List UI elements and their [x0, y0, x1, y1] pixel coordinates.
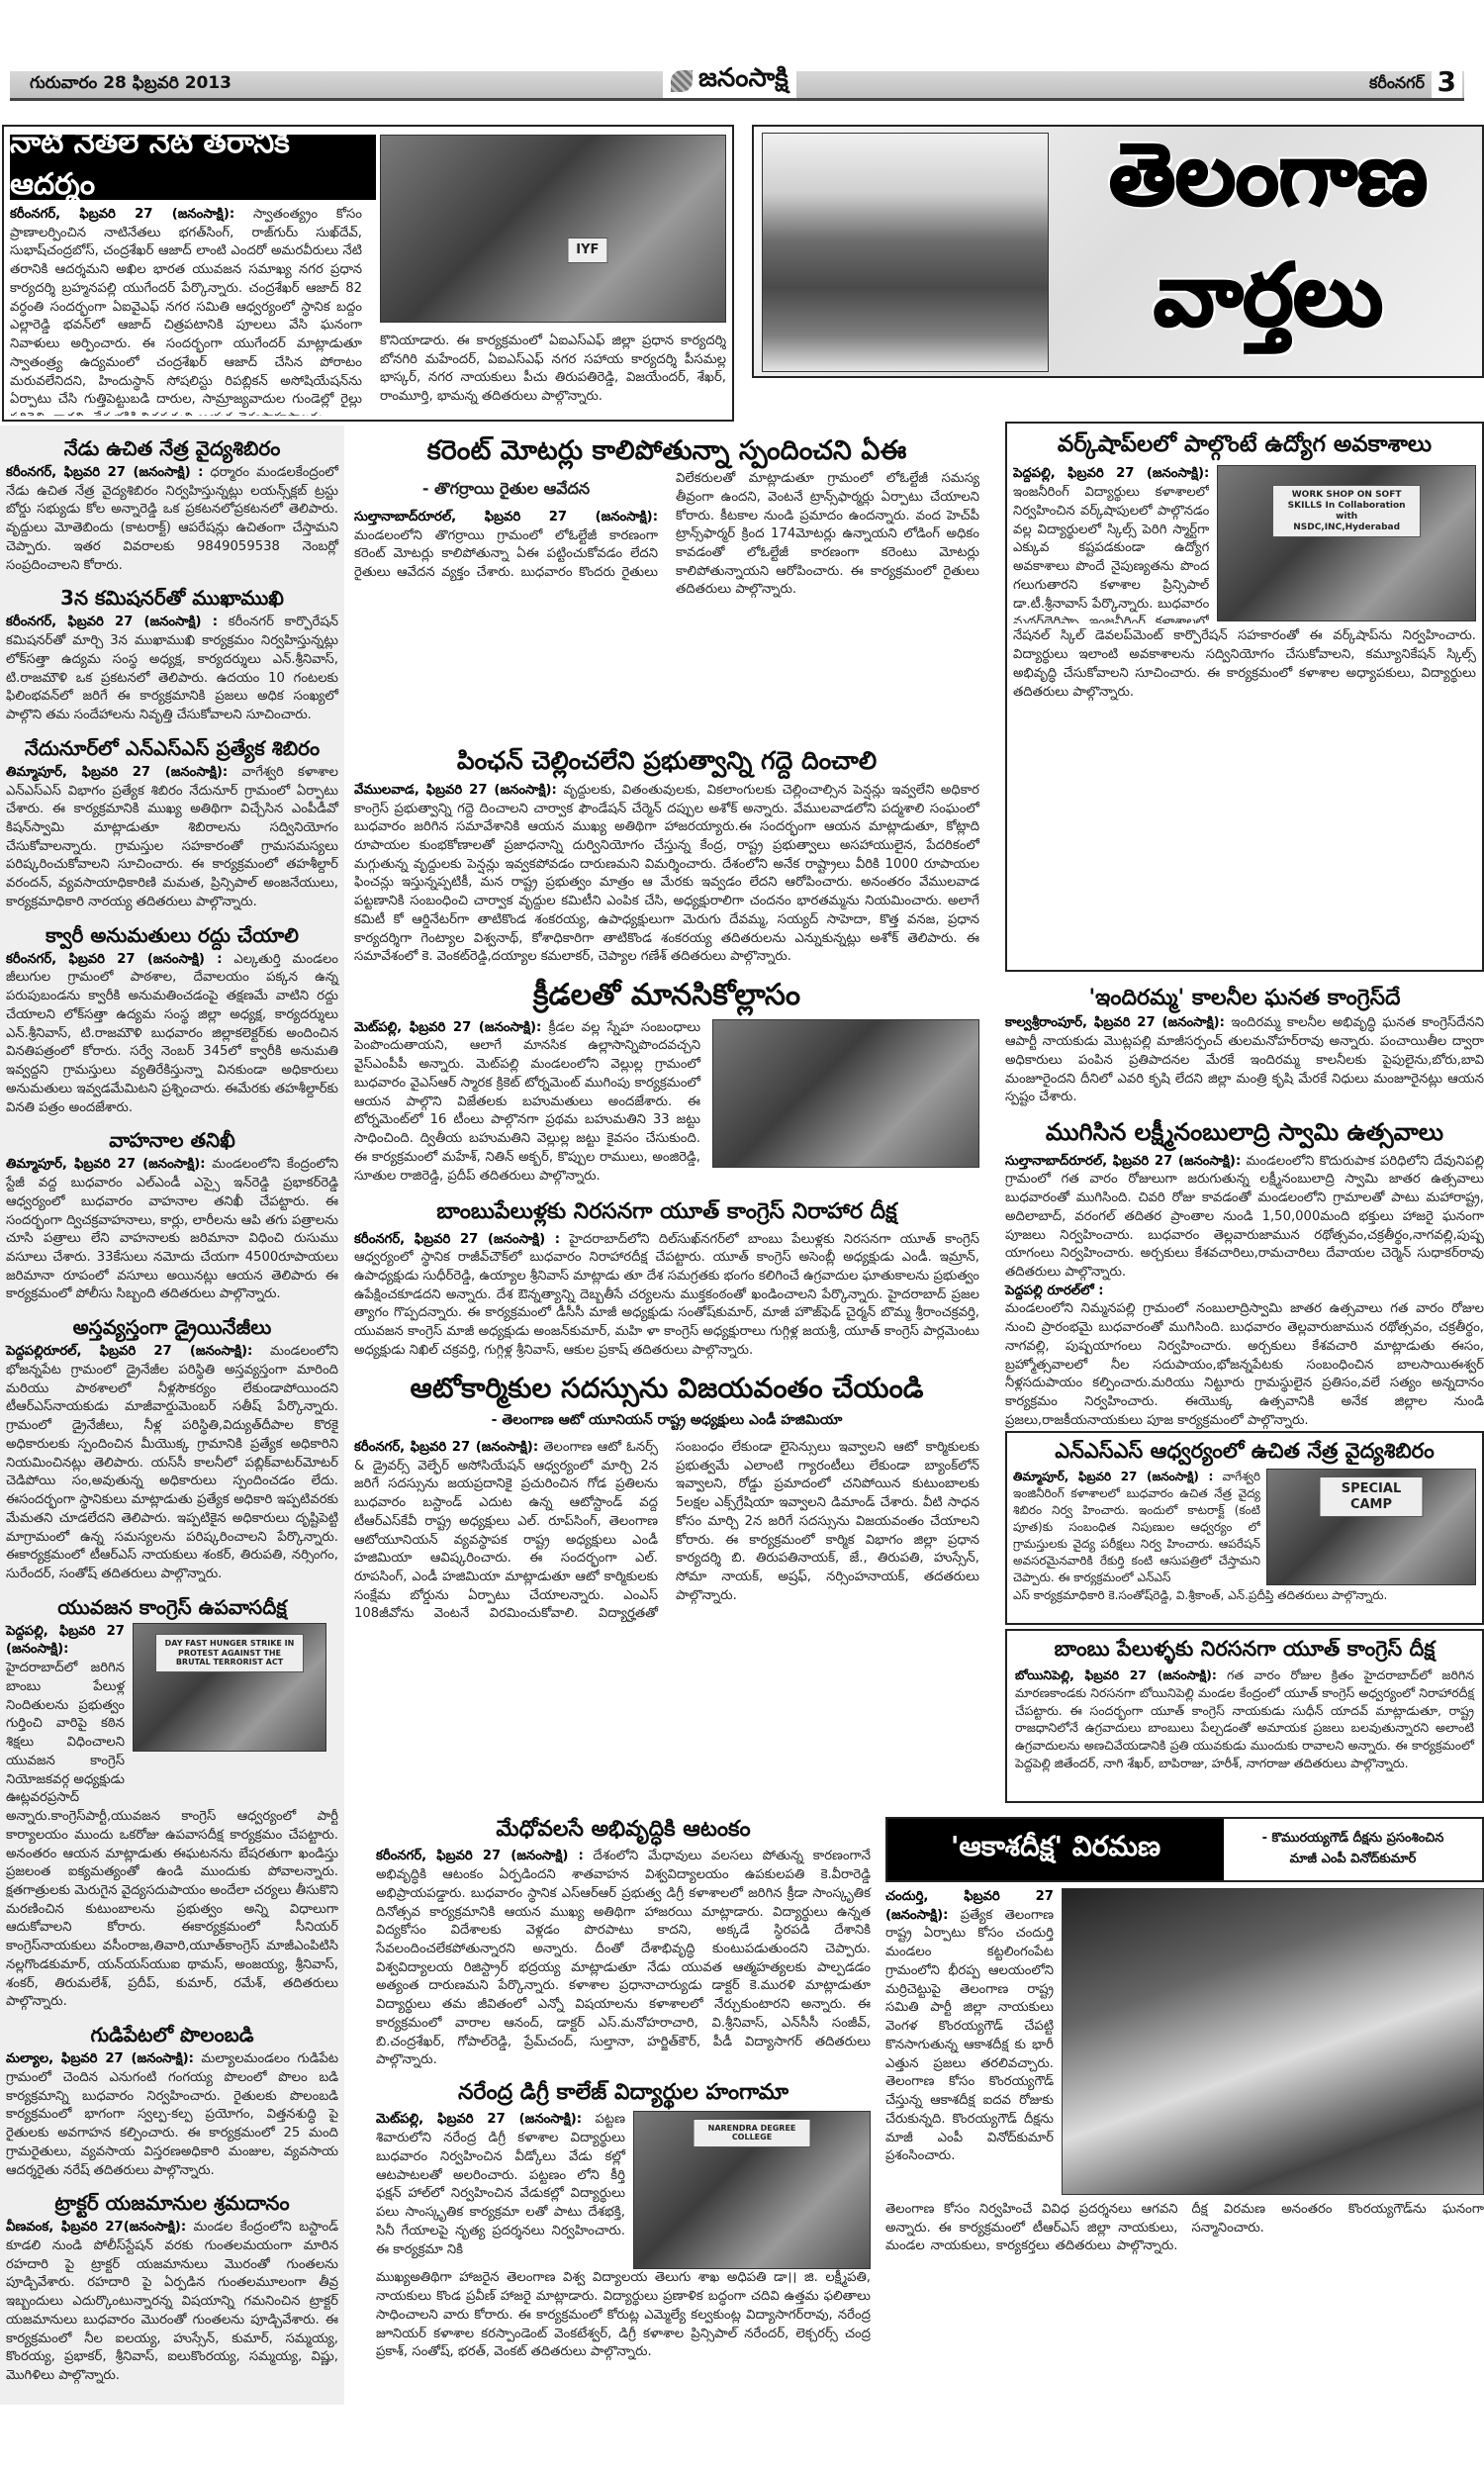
article-current-motors: - తొగర్రాయి రైతుల ఆవేదన సుల్తానాబాద్‌రూర…	[354, 470, 979, 737]
headline: నాటి నేతలే నేటి తరానికి ఆదర్శం	[10, 126, 376, 209]
article-polambadi: మల్యాల, ఫిబ్రవరి 27 (జనంసాక్షి): మల్యాలమ…	[6, 2050, 338, 2180]
section-name: కరీంనగర్	[1369, 73, 1425, 96]
soft-skills-workshop-photo: WORK SHOP ON SOFT SKILLS In Collaboratio…	[1217, 465, 1476, 621]
hunger-strike-photo: DAY FAST HUNGER STRIKE IN PROTEST AGAINS…	[133, 1623, 326, 1752]
masthead: గురువారం 28 ఫిబ్రవరి 2013 జనంసాక్షి కరీం…	[0, 63, 1484, 109]
dateline: కరీంనగర్, ఫిబ్రవరి 27 (జనంసాక్షి):	[10, 207, 234, 222]
article-nambulaadri: సుల్తానాబాద్‌రూరల్, ఫిబ్రవరి 27 (జనంసాక్…	[1005, 1153, 1484, 1431]
headline: ఎన్‌ఎస్‌ఎస్ ఆధ్వర్యంలో ఉచిత నేత్ర వైద్యశ…	[1007, 1439, 1482, 1463]
headline: బాంబుపేలుళ్లకు నిరసనగా యూత్ కాంగ్రెస్ ని…	[354, 1199, 979, 1224]
article-yuvajana-deeksha: పెద్దపల్లి, ఫిబ్రవరి 27 (జనంసాక్షి): హైద…	[6, 1623, 338, 2012]
headline: 3న కమిషనర్‌తో ముఖాముఖి	[6, 587, 338, 610]
logo-leaf-icon	[671, 70, 693, 92]
golconda-fort-photo	[762, 133, 1049, 372]
headline: గుడిపేటలో పొలంబడి	[6, 2024, 338, 2046]
banner-title-line1: తెలంగాణ	[1061, 131, 1476, 220]
headline-banner: 'ఆకాశదీక్ష' విరమణ	[887, 1819, 1224, 1880]
article-indiramma: కాల్వశ్రీరాంపూర్, ఫిబ్రవరి 27 (జనంసాక్షి…	[1005, 1014, 1484, 1107]
newspaper-logo: జనంసాక్షి	[663, 63, 796, 101]
headline-banner: నాటి నేతలే నేటి తరానికి ఆదర్శం	[10, 135, 376, 200]
article-netra-shibiram: కరీంనగర్, ఫిబ్రవరి 27 (జనంసాక్షి) : ధర్మ…	[6, 464, 338, 575]
article-commissioner: కరీంనగర్, ఫిబ్రవరి 27 (జనంసాక్షి) : కరీం…	[6, 614, 338, 724]
article-tractor: వీణవంక, ఫిబ్రవరి 27(జనంసాక్షి): మండల కేం…	[6, 2219, 338, 2386]
headline: కరెంట్ మోటర్లు కాలిపోతున్నా స్పందించని ఏ…	[354, 435, 979, 466]
headline: ముగిసిన లక్ష్మీనంబులాద్రి స్వామి ఉత్సవాల…	[1005, 1119, 1484, 1147]
article-sports: మెట్‌పల్లి, ఫిబ్రవరి 27 (జనంసాక్షి): క్ర…	[354, 1019, 979, 1187]
article-body-continued: కొనియాడారు. ఈ కార్యక్రమంలో ఏఐఎస్‌ఎఫ్ జిల…	[380, 333, 726, 418]
article-akasha-deeksha: 'ఆకాశదీక్ష' విరమణ - కొమురయ్యగౌడ్ దీక్షను…	[885, 1817, 1484, 2256]
article-bomb-blast-youth: కరీంనగర్, ఫిబ్రవరి 27 (జనంసాక్షి) : హైదర…	[354, 1231, 979, 1361]
article-narendra-college: మెట్‌పల్లి, ఫిబ్రవరి 27 (జనంసాక్షి): పట్…	[376, 2111, 871, 2362]
cricket-prize-photo	[712, 1019, 979, 1168]
side-note: - కొమురయ్యగౌడ్ దీక్షను ప్రసంశించిన	[1262, 1829, 1444, 1850]
side-note: మాజీ ఎంపీ వినోద్‌కుమార్	[1290, 1850, 1417, 1870]
headline: మేధోవలసే అభివృద్ధికి ఆటంకం	[376, 1817, 871, 1842]
subheadline: - తెలంగాణ ఆటో యూనియన్ రాష్ట్ర అధ్యక్షులు…	[354, 1412, 979, 1431]
article-quarry: కరీంనగర్, ఫిబ్రవరి 27 (జనంసాక్షి) : ఎల్క…	[6, 951, 338, 1118]
headline: ట్రాక్టర్ యజమానుల శ్రమదానం	[6, 2192, 338, 2215]
students-dance-photo: NARENDRA DEGREE COLLEGE	[633, 2111, 871, 2269]
page-number: 3	[1432, 65, 1462, 98]
eye-camp-photo: SPECIAL CAMP	[1266, 1469, 1476, 1585]
headline: 'ఇందిరమ్మ' కాలనీల ఘనత కాంగ్రెస్‌దే	[1005, 986, 1484, 1010]
center-column: కరెంట్ మోటర్లు కాలిపోతున్నా స్పందించని ఏ…	[354, 426, 979, 1624]
headline: వర్క్‌షాప్‌లలో పాల్గొంటే ఉద్యోగ అవకాశాలు	[1007, 431, 1482, 457]
article-workshop: వర్క్‌షాప్‌లలో పాల్గొంటే ఉద్యోగ అవకాశాలు…	[1005, 422, 1484, 972]
article-nss-camp: తిమ్మాపూర్, ఫిబ్రవరి 27 (జనంసాక్షి): వాగ…	[6, 764, 338, 912]
article-drainage: పెద్దపల్లిరూరల్, ఫిబ్రవరి 27 (జనంసాక్షి)…	[6, 1343, 338, 1584]
left-column: నేడు ఉచిత నేత్ర వైద్యశిబిరం కరీంనగర్, ఫి…	[0, 426, 344, 2405]
article-bomb-blast-boinpally: బాంబు పేలుళ్ళకు నిరసనగా యూత్ కాంగ్రెస్ ద…	[1005, 1629, 1484, 1803]
article-nati-nethale: నాటి నేతలే నేటి తరానికి ఆదర్శం కరీంనగర్,…	[2, 125, 734, 422]
headline: యువజన కాంగ్రెస్ ఉపవాసదీక్ష	[6, 1596, 338, 1619]
headline: క్వారీ అనుమతులు రద్దు చేయాలి	[6, 924, 338, 947]
article-auto-workers: కరీంనగర్, ఫిబ్రవరి 27 (జనంసాక్షి): తెలంగ…	[354, 1439, 979, 1624]
center-lower-column: మేధోవలసే అభివృద్ధికి ఆటంకం కరీంనగర్, ఫిబ…	[376, 1817, 871, 2362]
issue-date: గురువారం 28 ఫిబ్రవరి 2013	[30, 73, 232, 97]
headline: నేడు ఉచిత నేత్ర వైద్యశిబిరం	[6, 437, 338, 460]
headline: నరేంద్ర డిగ్రీ కాలేజ్ విద్యార్థుల హంగామా	[376, 2080, 871, 2105]
article-brain-drain: కరీంనగర్, ఫిబ్రవరి 27 (జనంసాక్షి) : దేశం…	[376, 1848, 871, 2070]
headline: వాహనాల తనిఖీ	[6, 1129, 338, 1152]
akasha-deeksha-photo	[1062, 1888, 1484, 2195]
telangana-vartalu-banner: తెలంగాణ వార్తలు	[752, 125, 1484, 378]
logo-text: జనంసాక్షి	[698, 63, 788, 99]
aisf-activists-photo: IYF	[380, 135, 726, 323]
headline: అస్తవ్యస్తంగా డ్రైయినేజీలు	[6, 1316, 338, 1339]
headline: నేదునూర్‌లో ఎన్‌ఎస్‌ఎస్ ప్రత్యేక శిబిరం	[6, 737, 338, 760]
headline: బాంబు పేలుళ్ళకు నిరసనగా యూత్ కాంగ్రెస్ ద…	[1007, 1637, 1482, 1661]
headline: క్రీడలతో మానసికోల్లాసం	[354, 979, 979, 1013]
article-pension: వేములవాడ, ఫిబ్రవరి 27 (జనంసాక్షి): వృద్ద…	[354, 782, 979, 967]
article-vehicle-check: తిమ్మాపూర్, ఫిబ్రవరి 27 (జనంసాక్షి): మండ…	[6, 1156, 338, 1304]
article-nss-eye-camp: ఎన్‌ఎస్‌ఎస్ ఆధ్వర్యంలో ఉచిత నేత్ర వైద్యశ…	[1005, 1431, 1484, 1625]
right-column: 'ఇందిరమ్మ' కాలనీల ఘనత కాంగ్రెస్‌దే కాల్వ…	[1005, 978, 1484, 1431]
headline: పింఛన్ చెల్లించలేని ప్రభుత్వాన్ని గద్దె …	[354, 747, 979, 776]
banner-title-line2: వార్తలు	[1061, 251, 1476, 340]
photo-caption: IYF	[567, 238, 607, 263]
article-body: కరీంనగర్, ఫిబ్రవరి 27 (జనంసాక్షి): స్వాత…	[10, 206, 362, 416]
headline: ఆటోకార్మికుల సదస్సును విజయవంతం చేయండి	[354, 1373, 979, 1404]
